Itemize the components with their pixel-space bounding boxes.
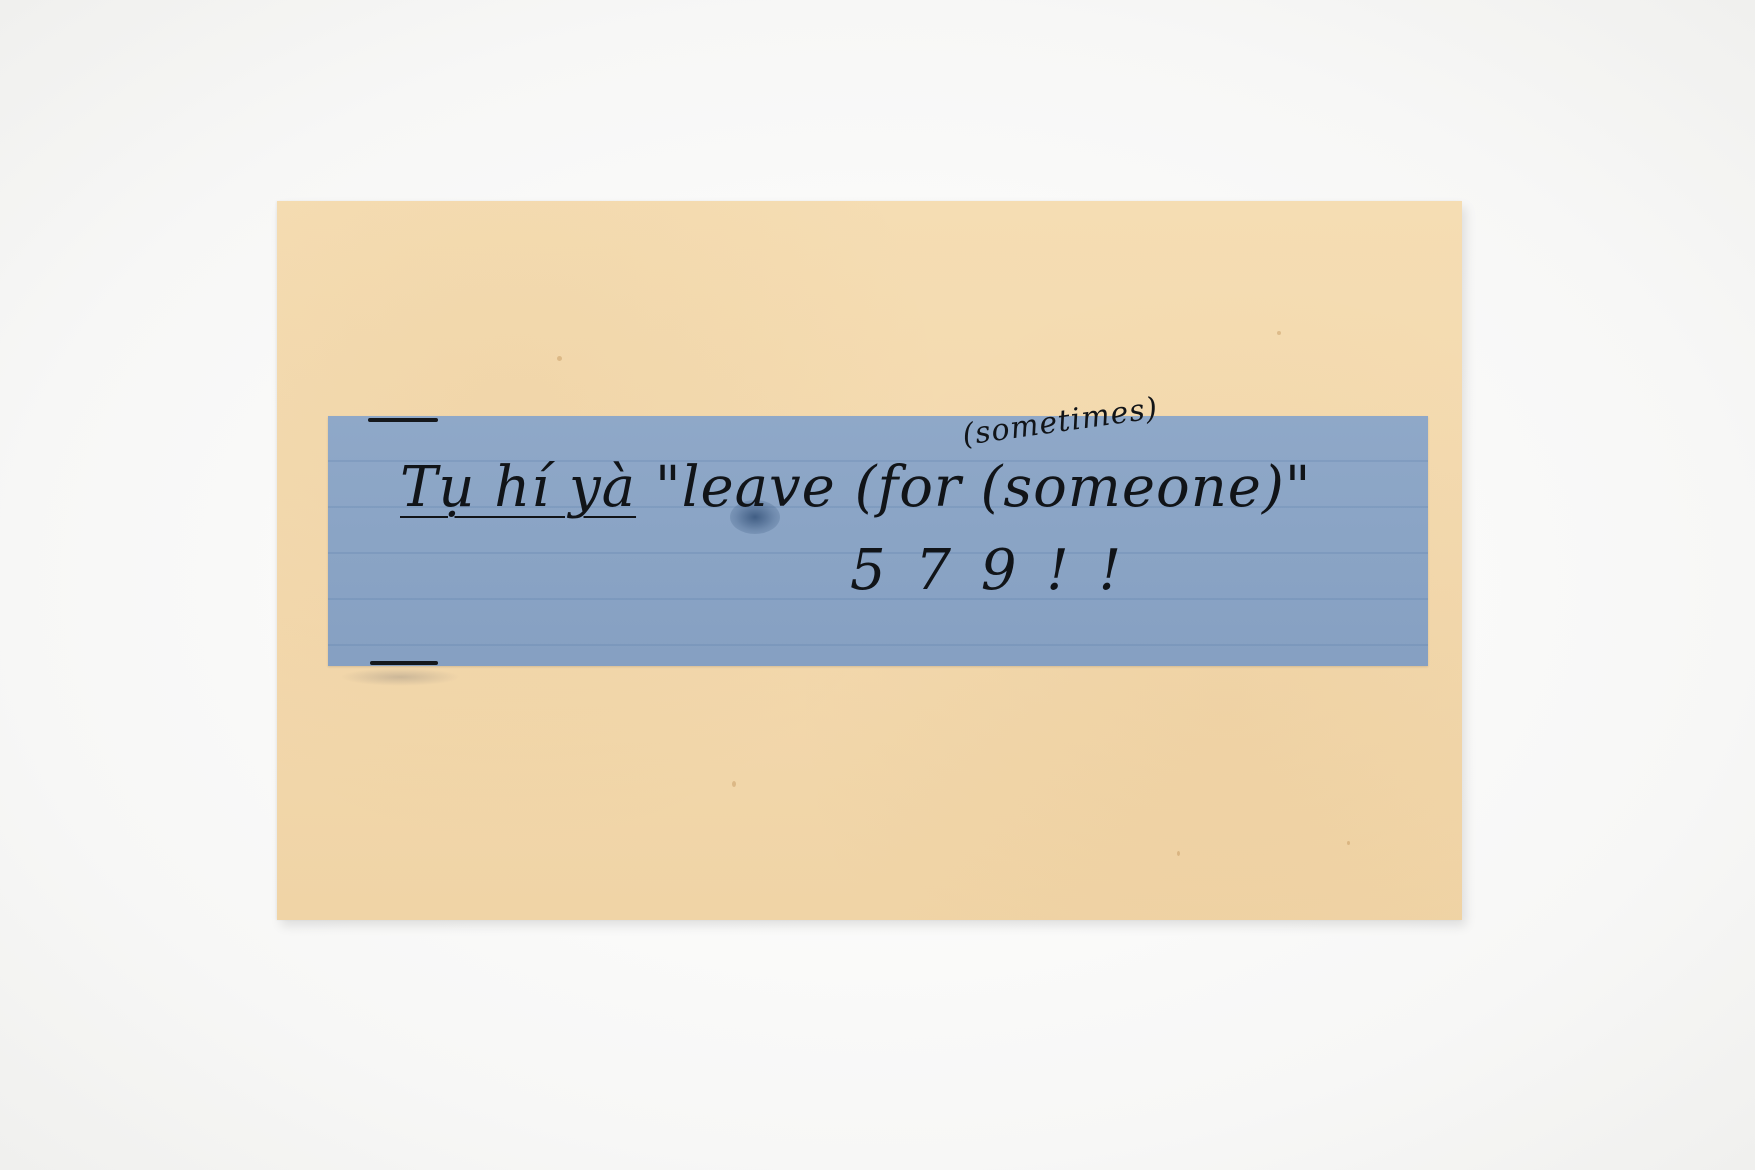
handwritten-gloss: "leave (for (someone)"	[655, 455, 1312, 520]
paper-fiber	[1277, 331, 1281, 335]
paper-fiber	[1177, 851, 1180, 856]
ink-edge-mark-bottom	[370, 661, 438, 665]
paper-fiber	[1347, 841, 1350, 845]
handwritten-line-1: Tụ hí yà "leave (for (someone)"	[400, 455, 1312, 520]
ink-edge-mark-top	[368, 418, 438, 422]
handwritten-line-2: 5 7 9 ! !	[850, 538, 1127, 603]
ink-smudge	[340, 668, 460, 686]
handwritten-term: Tụ hí yà	[400, 455, 636, 520]
paper-fiber	[732, 781, 736, 787]
paper-fiber	[557, 356, 562, 361]
